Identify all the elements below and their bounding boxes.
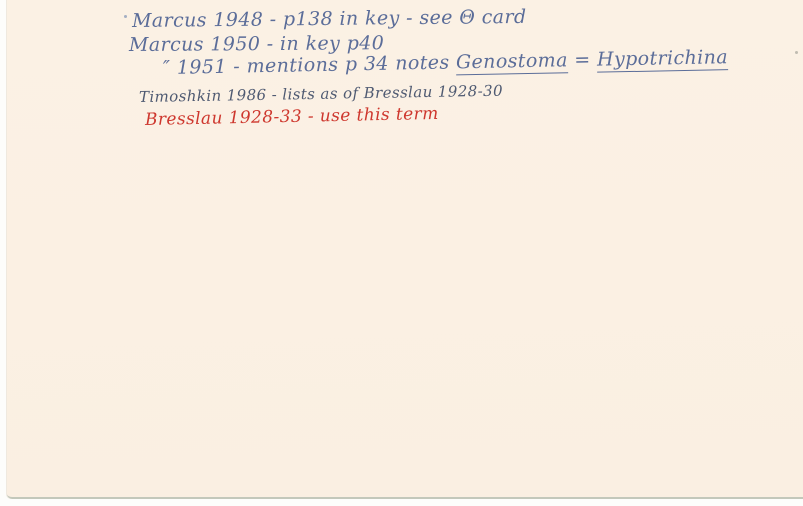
handwriting-text: Bresslau 1928-33 - use this term <box>145 104 439 130</box>
ink-speck <box>795 51 798 54</box>
handwriting-text: Marcus 1948 - p138 in key - see Θ card <box>132 6 527 32</box>
handwriting-text: Timoshkin 1986 - lists as of Bresslau 19… <box>139 82 503 106</box>
handwritten-line-bresslau-red: Bresslau 1928-33 - use this term <box>145 104 439 130</box>
scanned-document-page: Marcus 1948 - p138 in key - see Θ card M… <box>0 0 803 506</box>
handwritten-line-marcus-1950: Marcus 1950 - in key p40 <box>129 32 384 56</box>
ink-speck <box>124 15 127 18</box>
handwritten-line-marcus-1948: Marcus 1948 - p138 in key - see Θ card <box>132 6 527 32</box>
underlined-term-hypotrichina: Hypotrichina <box>597 46 728 73</box>
handwriting-text: Marcus 1950 - in key p40 <box>129 32 384 56</box>
handwritten-line-timoshkin-1986: Timoshkin 1986 - lists as of Bresslau 19… <box>139 82 503 106</box>
handwriting-text: ″ 1951 - mentions p 34 notes <box>163 51 456 79</box>
handwriting-text: = <box>568 49 598 72</box>
underlined-term-genostoma: Genostoma <box>456 49 568 75</box>
index-card: Marcus 1948 - p138 in key - see Θ card M… <box>7 0 803 499</box>
